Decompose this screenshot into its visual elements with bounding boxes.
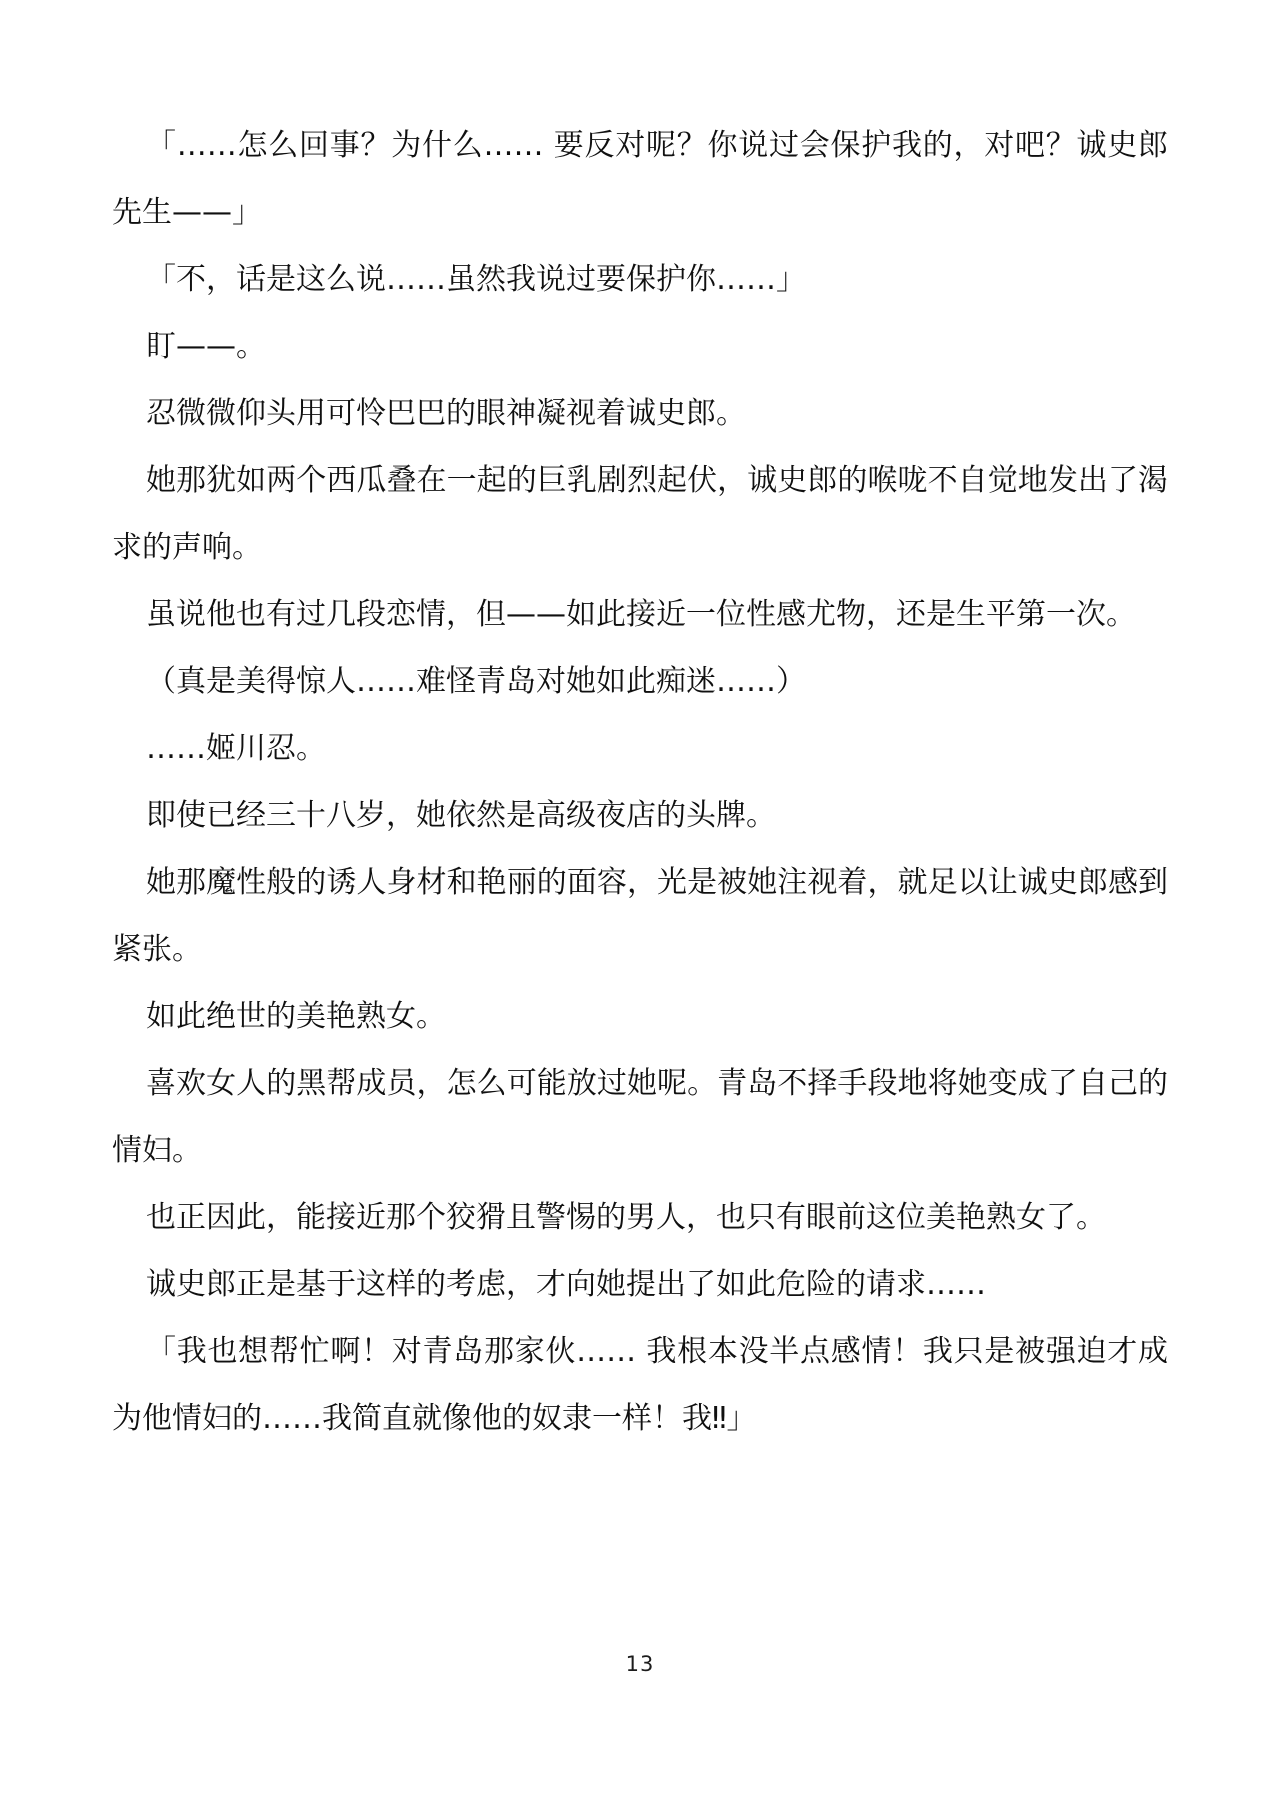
novel-paragraph: 她那犹如两个西瓜叠在一起的巨乳剧烈起伏，诚史郎的喉咙不自觉地发出了渴求的声响。 — [112, 447, 1168, 581]
novel-paragraph: 如此绝世的美艳熟女。 — [112, 983, 1168, 1050]
document-page: 「……怎么回事？为什么…… 要反对呢？你说过会保护我的，对吧？诚史郎先生——」 … — [0, 0, 1280, 1810]
novel-paragraph: 虽说他也有过几段恋情，但——如此接近一位性感尤物，还是生平第一次。 — [112, 581, 1168, 648]
novel-paragraph: 盯——。 — [112, 313, 1168, 380]
novel-paragraph: 喜欢女人的黑帮成员，怎么可能放过她呢。青岛不择手段地将她变成了自己的情妇。 — [112, 1050, 1168, 1184]
page-footer: 13 — [0, 1652, 1280, 1676]
novel-paragraph: 「我也想帮忙啊！对青岛那家伙…… 我根本没半点感情！我只是被强迫才成为他情妇的…… — [112, 1318, 1168, 1452]
novel-paragraph: 「不，话是这么说……虽然我说过要保护你……」 — [112, 246, 1168, 313]
novel-paragraph: 诚史郎正是基于这样的考虑，才向她提出了如此危险的请求…… — [112, 1251, 1168, 1318]
novel-paragraph: 她那魔性般的诱人身材和艳丽的面容，光是被她注视着，就足以让诚史郎感到紧张。 — [112, 849, 1168, 983]
page-number: 13 — [626, 1652, 655, 1676]
novel-paragraph: 即使已经三十八岁，她依然是高级夜店的头牌。 — [112, 782, 1168, 849]
novel-paragraph: （真是美得惊人……难怪青岛对她如此痴迷……） — [112, 648, 1168, 715]
novel-paragraph: 「……怎么回事？为什么…… 要反对呢？你说过会保护我的，对吧？诚史郎先生——」 — [112, 112, 1168, 246]
novel-paragraph: 忍微微仰头用可怜巴巴的眼神凝视着诚史郎。 — [112, 380, 1168, 447]
novel-paragraph: 也正因此，能接近那个狡猾且警惕的男人，也只有眼前这位美艳熟女了。 — [112, 1184, 1168, 1251]
novel-paragraph: ……姬川忍。 — [112, 715, 1168, 782]
